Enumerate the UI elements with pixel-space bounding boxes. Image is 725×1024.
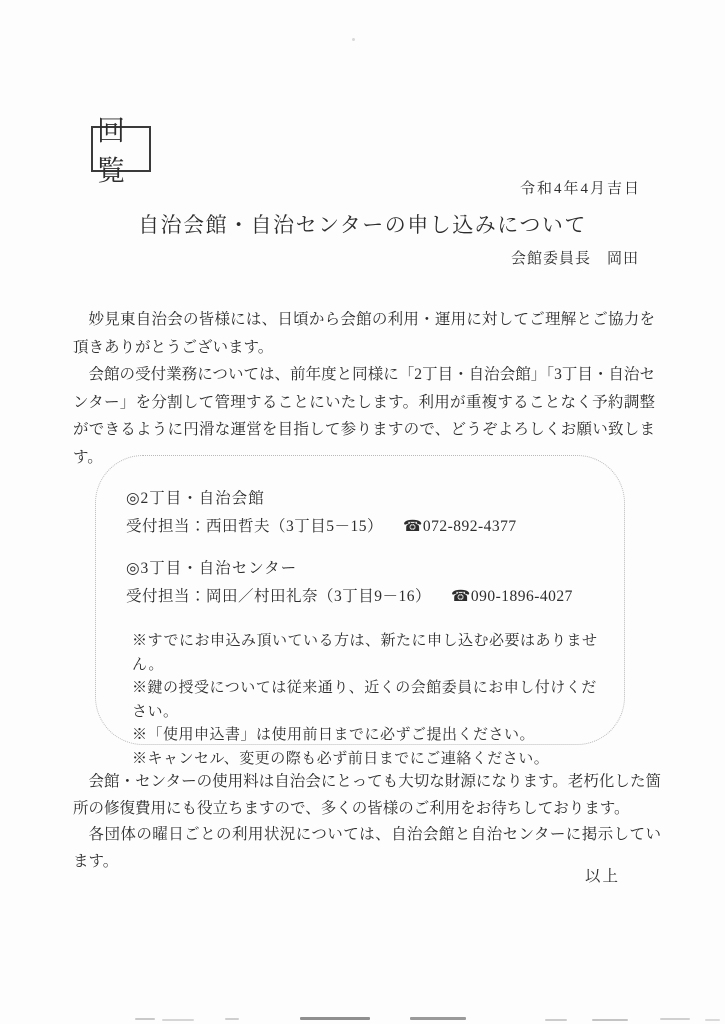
author-signature: 会館委員長 岡田 <box>511 247 639 268</box>
contact-line: 受付担当：岡田／村田礼奈（3丁目9－16）☎090-1896-4027 <box>126 586 604 607</box>
contact-section-heading: ◎3丁目・自治センター <box>126 558 604 579</box>
closing-paragraph-2: 各団体の曜日ごとの利用状況については、自治会館と自治センターに掲示しています。 <box>73 822 661 875</box>
phone-number: 072-892-4377 <box>423 518 517 535</box>
page-title: 自治会館・自治センターの申し込みについて <box>0 209 725 239</box>
note-item: ※キャンセル、変更の際も必ず前日までにご連絡ください。 <box>132 748 604 772</box>
intro-paragraphs: 妙見東自治会の皆様には、日頃から会館の利用・運用に対してご理解とご協力を頂きあり… <box>73 306 655 471</box>
contact-section-heading: ◎2丁目・自治会館 <box>126 488 604 509</box>
closing-paragraphs: 会館・センターの使用料は自治会にとっても大切な財源になります。老朽化した箇所の修… <box>73 769 661 875</box>
scan-speck <box>352 38 355 41</box>
contact-line: 受付担当：西田哲夫（3丁目5－15）☎072-892-4377 <box>126 516 604 537</box>
contact-info-box: ◎2丁目・自治会館 受付担当：西田哲夫（3丁目5－15）☎072-892-437… <box>95 455 625 745</box>
phone-number: 090-1896-4027 <box>471 588 573 605</box>
document-date: 令和4年4月吉日 <box>520 177 641 198</box>
note-item: ※すでにお申込み頂いている方は、新たに申し込む必要はありません。 <box>132 630 604 677</box>
kairan-stamp-label: 回覧 <box>97 109 149 189</box>
note-item: ※鍵の授受については従来通り、近くの会館委員にお申し付けください。 <box>132 677 604 724</box>
note-item: ※「使用申込書」は使用前日までに必ずご提出ください。 <box>132 724 604 748</box>
phone-icon: ☎ <box>403 518 423 535</box>
phone-icon: ☎ <box>451 588 471 605</box>
notes-list: ※すでにお申込み頂いている方は、新たに申し込む必要はありません。 ※鍵の授受につ… <box>132 630 604 771</box>
intro-paragraph-1: 妙見東自治会の皆様には、日頃から会館の利用・運用に対してご理解とご協力を頂きあり… <box>73 306 655 361</box>
scan-edge-artifact <box>0 1015 725 1024</box>
contact-label: 受付担当：西田哲夫（3丁目5－15） <box>126 518 383 535</box>
scanned-notice-page: 回覧 令和4年4月吉日 自治会館・自治センターの申し込みについて 会館委員長 岡… <box>0 0 725 1024</box>
contact-section-chome2: ◎2丁目・自治会館 受付担当：西田哲夫（3丁目5－15）☎072-892-437… <box>126 488 604 537</box>
end-mark: 以上 <box>585 864 620 886</box>
kairan-stamp: 回覧 <box>91 126 151 172</box>
contact-label: 受付担当：岡田／村田礼奈（3丁目9－16） <box>126 588 431 605</box>
closing-paragraph-1: 会館・センターの使用料は自治会にとっても大切な財源になります。老朽化した箇所の修… <box>73 769 661 822</box>
contact-section-chome3: ◎3丁目・自治センター 受付担当：岡田／村田礼奈（3丁目9－16）☎090-18… <box>126 558 604 607</box>
